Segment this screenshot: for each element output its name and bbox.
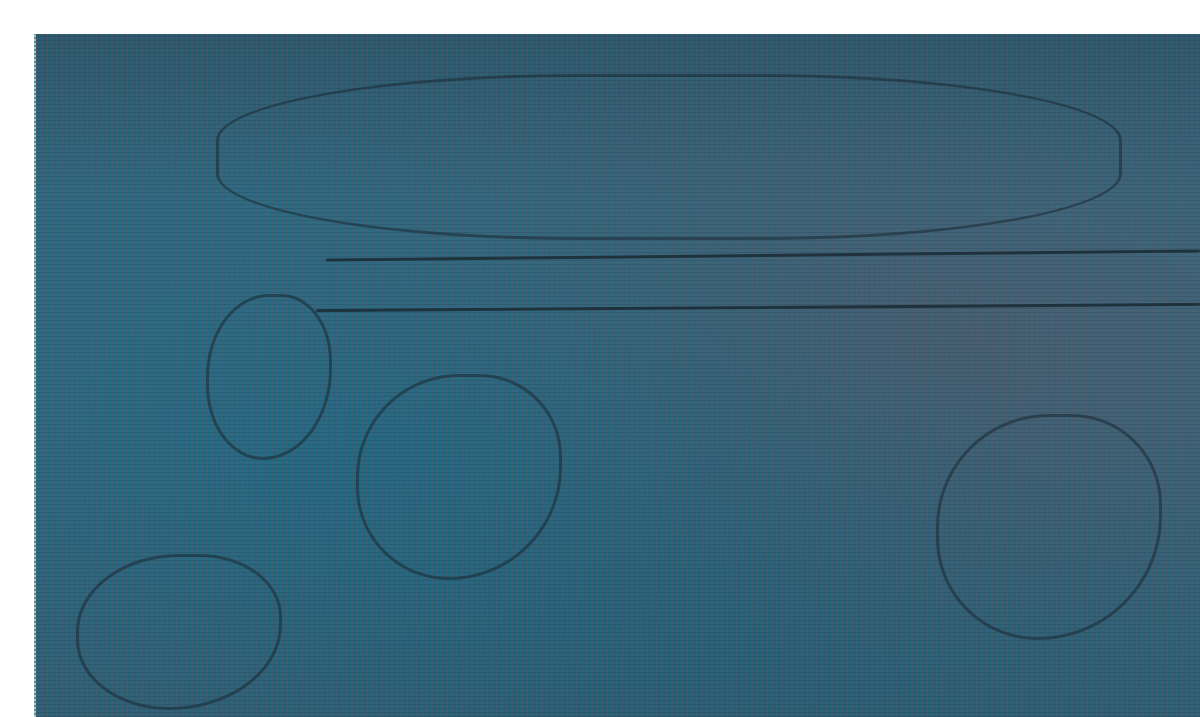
motif-floral-center-left [356, 374, 562, 580]
motif-left-corner [206, 294, 332, 460]
border-line-lower [316, 303, 1200, 312]
motif-top-border [216, 74, 1122, 240]
motif-bottom-left [76, 554, 282, 710]
border-line-upper [326, 249, 1200, 261]
rug-photo: Close-up of a teal/blue overdyed distres… [36, 34, 1200, 717]
image-description: Close-up of a teal/blue overdyed distres… [36, 34, 37, 35]
motif-floral-right [936, 414, 1162, 640]
